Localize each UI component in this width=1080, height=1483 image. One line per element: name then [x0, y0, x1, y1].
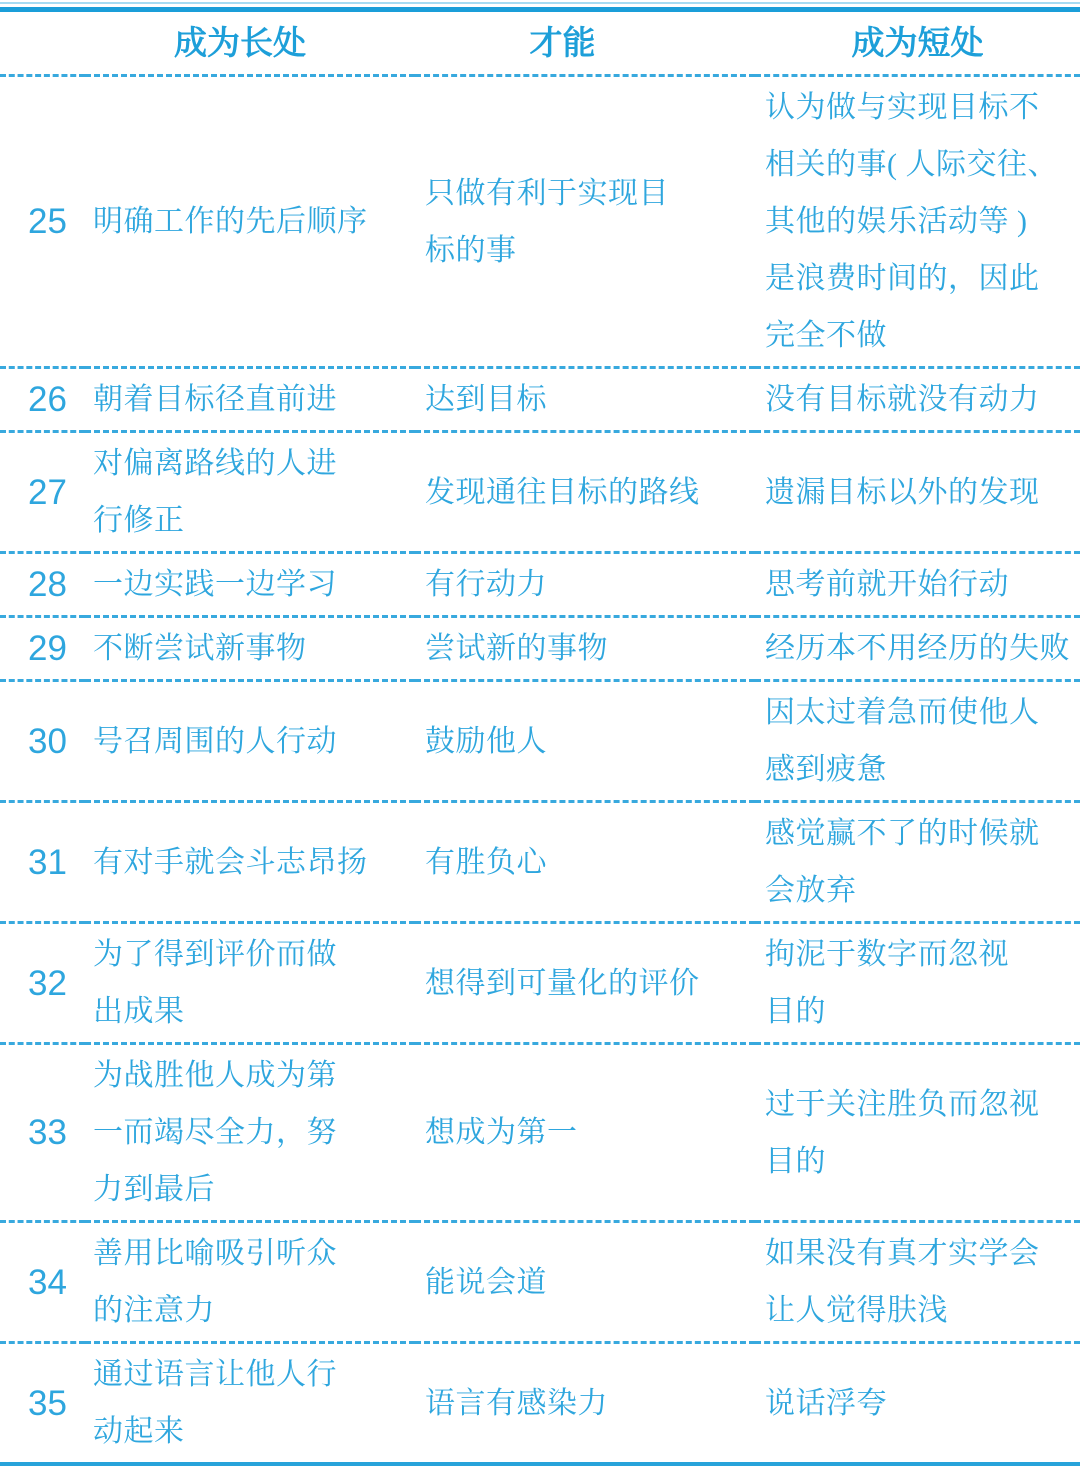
row-number: 30	[0, 681, 85, 802]
row-number: 32	[0, 923, 85, 1044]
table-row: 27 对偏离路线的人进 行修正 发现通往目标的路线 遗漏目标以外的发现	[0, 432, 1080, 553]
weakness-cell: 因太过着急而使他人 感到疲惫	[755, 681, 1080, 802]
weakness-cell: 感觉赢不了的时候就 会放弃	[755, 802, 1080, 923]
row-number: 25	[0, 76, 85, 368]
row-number: 29	[0, 617, 85, 681]
strength-cell: 对偏离路线的人进 行修正	[85, 432, 415, 553]
talent-cell: 发现通往目标的路线	[415, 432, 755, 553]
strength-cell: 有对手就会斗志昂扬	[85, 802, 415, 923]
strength-cell: 不断尝试新事物	[85, 617, 415, 681]
talent-cell: 想成为第一	[415, 1044, 755, 1222]
table-row: 26 朝着目标径直前进 达到目标 没有目标就没有动力	[0, 368, 1080, 432]
row-number: 33	[0, 1044, 85, 1222]
header-talent: 才能	[415, 12, 755, 76]
weakness-cell: 过于关注胜负而忽视 目的	[755, 1044, 1080, 1222]
strength-cell: 通过语言让他人行 动起来	[85, 1343, 415, 1463]
row-number: 26	[0, 368, 85, 432]
talent-cell: 有胜负心	[415, 802, 755, 923]
header-spacer	[0, 12, 85, 76]
strength-cell: 为了得到评价而做 出成果	[85, 923, 415, 1044]
bottom-rule	[0, 1462, 1080, 1466]
talent-cell: 只做有利于实现目 标的事	[415, 76, 755, 368]
row-number: 28	[0, 553, 85, 617]
document-page: 成为长处 才能 成为短处 25 明确工作的先后顺序 只做有利于实现目 标的事 认…	[0, 0, 1080, 1483]
row-number: 31	[0, 802, 85, 923]
talent-cell: 有行动力	[415, 553, 755, 617]
table-row: 28 一边实践一边学习 有行动力 思考前就开始行动	[0, 553, 1080, 617]
table-row: 25 明确工作的先后顺序 只做有利于实现目 标的事 认为做与实现目标不 相关的事…	[0, 76, 1080, 368]
table-row: 31 有对手就会斗志昂扬 有胜负心 感觉赢不了的时候就 会放弃	[0, 802, 1080, 923]
talent-cell: 达到目标	[415, 368, 755, 432]
table-row: 30 号召周围的人行动 鼓励他人 因太过着急而使他人 感到疲惫	[0, 681, 1080, 802]
talent-cell: 鼓励他人	[415, 681, 755, 802]
row-number: 35	[0, 1343, 85, 1463]
weakness-cell: 遗漏目标以外的发现	[755, 432, 1080, 553]
header-strength: 成为长处	[85, 12, 415, 76]
strength-cell: 明确工作的先后顺序	[85, 76, 415, 368]
weakness-cell: 思考前就开始行动	[755, 553, 1080, 617]
talent-cell: 尝试新的事物	[415, 617, 755, 681]
weakness-cell: 说话浮夸	[755, 1343, 1080, 1463]
weakness-cell: 拘泥于数字而忽视 目的	[755, 923, 1080, 1044]
weakness-cell: 经历本不用经历的失败	[755, 617, 1080, 681]
row-number: 27	[0, 432, 85, 553]
table-row: 29 不断尝试新事物 尝试新的事物 经历本不用经历的失败	[0, 617, 1080, 681]
strength-cell: 一边实践一边学习	[85, 553, 415, 617]
strength-cell: 朝着目标径直前进	[85, 368, 415, 432]
weakness-cell: 没有目标就没有动力	[755, 368, 1080, 432]
weakness-cell: 认为做与实现目标不 相关的事( 人际交往、 其他的娱乐活动等 ) 是浪费时间的，…	[755, 76, 1080, 368]
top-thin-rule	[0, 2, 1080, 4]
strength-cell: 为战胜他人成为第 一而竭尽全力，努 力到最后	[85, 1044, 415, 1222]
talent-cell: 语言有感染力	[415, 1343, 755, 1463]
table-row: 35 通过语言让他人行 动起来 语言有感染力 说话浮夸	[0, 1343, 1080, 1463]
table-header-row: 成为长处 才能 成为短处	[0, 12, 1080, 76]
table-row: 32 为了得到评价而做 出成果 想得到可量化的评价 拘泥于数字而忽视 目的	[0, 923, 1080, 1044]
header-weakness: 成为短处	[755, 12, 1080, 76]
table-row: 34 善用比喻吸引听众 的注意力 能说会道 如果没有真才实学会 让人觉得肤浅	[0, 1222, 1080, 1343]
talent-cell: 能说会道	[415, 1222, 755, 1343]
row-number: 34	[0, 1222, 85, 1343]
strength-cell: 善用比喻吸引听众 的注意力	[85, 1222, 415, 1343]
table-row: 33 为战胜他人成为第 一而竭尽全力，努 力到最后 想成为第一 过于关注胜负而忽…	[0, 1044, 1080, 1222]
weakness-cell: 如果没有真才实学会 让人觉得肤浅	[755, 1222, 1080, 1343]
strength-cell: 号召周围的人行动	[85, 681, 415, 802]
strength-talent-weakness-table: 成为长处 才能 成为短处 25 明确工作的先后顺序 只做有利于实现目 标的事 认…	[0, 12, 1080, 1462]
talent-cell: 想得到可量化的评价	[415, 923, 755, 1044]
